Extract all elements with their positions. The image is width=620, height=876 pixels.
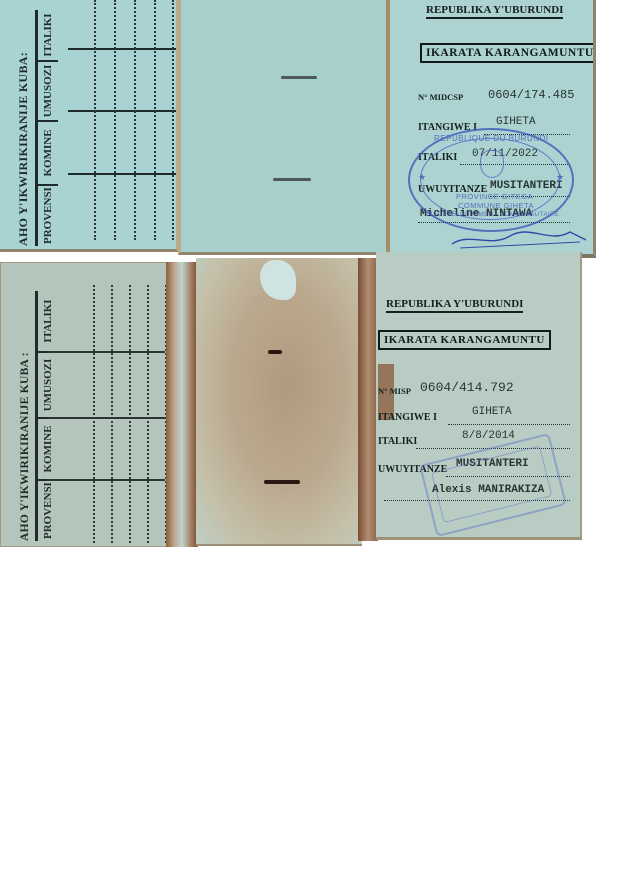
card1-residence-table: AHO Y'IKWIRIKIRANIJE KUBA: PROVENSI KOMI… [16,10,58,246]
torn-paper-fragment [260,260,296,300]
dotted-line [114,0,116,240]
column-header-komine: KOMINE [38,417,58,479]
card2-residence-title: AHO Y'IKWIRIKIRANIJE KUBA : [19,291,31,541]
number-value: 0604/174.485 [488,88,574,102]
card1-residence-title: AHO Y'IKWIRIKIRANIJE KUBA: [16,10,31,246]
dotted-field-line [448,424,570,425]
card-title: IKARATA KARANGAMUNTU [378,330,551,350]
card2-inner-page [196,258,362,546]
dotted-line [154,0,156,240]
number-label: N° MIDCSP [418,92,463,102]
staple-icon [281,76,317,79]
dotted-line [94,0,96,240]
staple-icon [273,178,311,181]
stamp-top-text: REPUBLIQUE DU BURUNDI [434,134,549,143]
stamp-bottom-text: DU DEVELOPPEMENT COMMUNAUTAIRE [426,212,559,218]
stamp-province: PROVINCE GITEGA [456,192,533,201]
card2-torn-spine [166,262,198,547]
card1-front-page: REPUBLIKA Y'UBURUNDI IKARATA KARANGAMUNT… [390,0,596,258]
staple-icon [264,480,300,484]
card2-residence-table: AHO Y'IKWIRIKIRANIJE KUBA : PROVENSI KOM… [19,291,58,541]
card1-back-page: AHO Y'IKWIRIKIRANIJE KUBA: PROVENSI KOMI… [0,0,178,252]
issued-at-value: GIHETA [472,406,512,418]
card2-spine-right [358,258,378,541]
dotted-line [134,0,136,240]
number-label: N° MISP [378,386,411,396]
table-divider [68,48,176,50]
stamp-inner-ring [431,445,552,523]
column-header-komine: KOMINE [38,120,58,184]
coat-of-arms-icon [480,150,504,178]
column-header-provensi: PROVENSI [38,184,58,246]
table-divider [68,110,176,112]
column-header-provensi: PROVENSI [38,479,58,541]
card2-front-page: REPUBLIKA Y'UBURUNDI IKARATA KARANGAMUNT… [376,252,582,540]
number-value: 0604/414.792 [420,380,514,395]
country-heading: REPUBLIKA Y'UBURUNDI [386,298,523,313]
column-header-italiki: ITALIKI [38,10,58,60]
card-title: IKARATA KARANGAMUNTU [420,43,596,63]
column-header-umusozi: UMUSOZI [38,60,58,120]
official-stamp: REPUBLIQUE DU BURUNDI ★ ★ PROVINCE GITEG… [408,128,574,232]
card2-back-page: AHO Y'IKWIRIKIRANIJE KUBA : PROVENSI KOM… [0,262,172,547]
card1-inner-page [178,0,390,255]
signature [450,222,590,252]
country-heading: REPUBLIKA Y'UBURUNDI [426,4,563,19]
table-divider [68,173,176,175]
column-header-umusozi: UMUSOZI [38,351,58,417]
issued-at-value: GIHETA [496,116,536,128]
column-header-italiki: ITALIKI [38,291,58,351]
staple-icon [268,350,282,354]
date-value: 8/8/2014 [462,430,515,442]
dotted-line [93,285,95,543]
star-icon: ★ [418,172,426,183]
date-label: ITALIKI [378,436,417,447]
stamp-commune: COMMUNE GIHETA [458,201,534,210]
dotted-line [147,285,149,543]
dotted-line [111,285,113,543]
issued-at-label: ITANGIWE I [378,412,437,423]
dotted-line [129,285,131,543]
star-icon: ★ [556,172,564,183]
dotted-line [172,0,174,240]
